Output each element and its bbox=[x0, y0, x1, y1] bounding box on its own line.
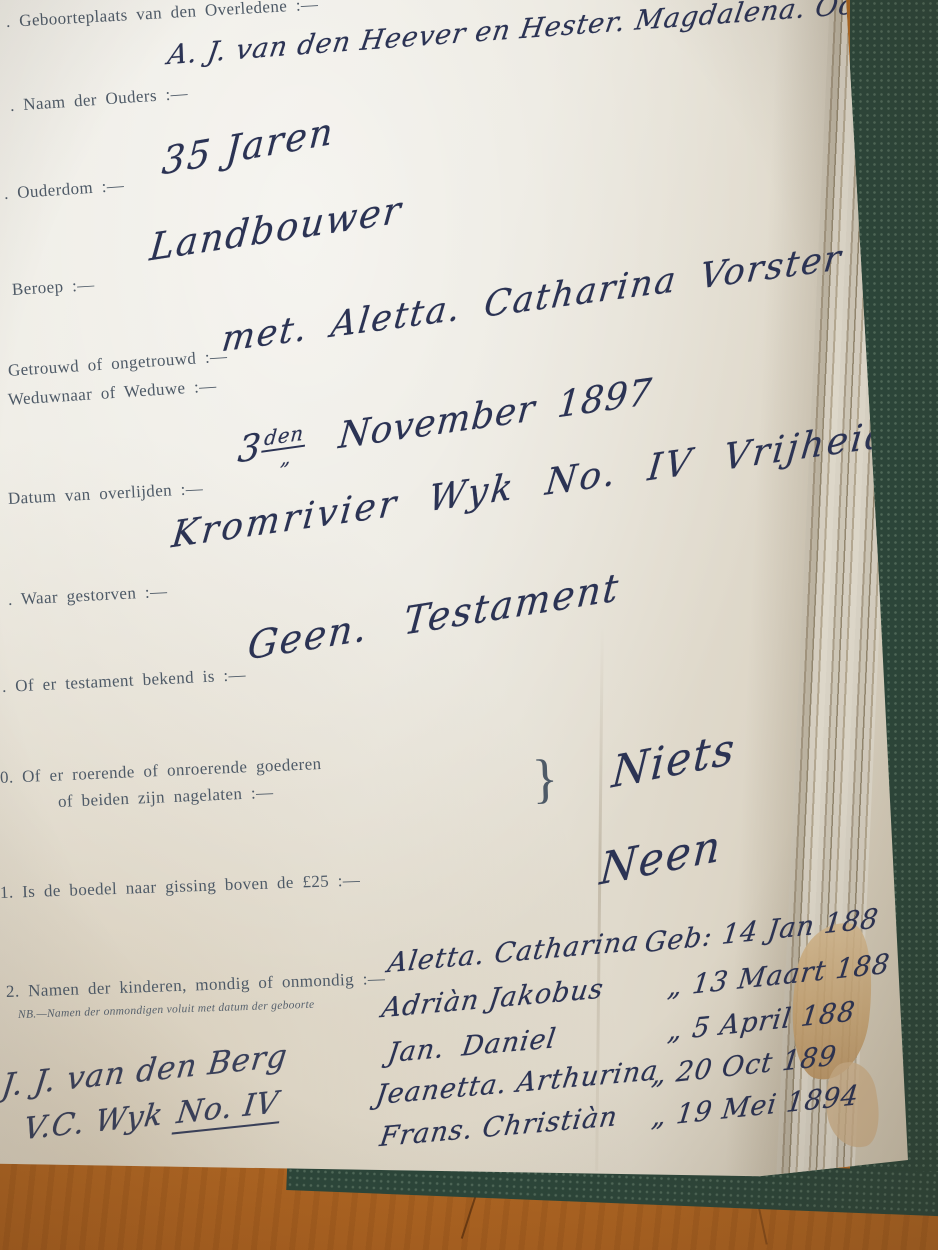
label-of-er-testament-bekend-is: . Of er testament bekend is :— bbox=[2, 665, 247, 697]
label-getrouwd-of-ongetrouwd: Getrouwd of ongetrouwd :— bbox=[7, 346, 228, 381]
curly-brace: } bbox=[531, 747, 559, 810]
entry-occupation: Landbouwer bbox=[148, 188, 405, 270]
label-geboorteplaats: . Geboorteplaats van den Overledene :— bbox=[5, 0, 318, 32]
label-boedel-boven-25-pond: 1. Is de boedel naar gissing boven de £2… bbox=[0, 870, 361, 903]
entry-testament: Geen. Testament bbox=[246, 565, 622, 669]
child-name: Jan. Daniel bbox=[386, 1023, 559, 1069]
label-waar-gestorven: . Waar gestorven :— bbox=[7, 582, 167, 610]
photo-of-death-notice-document: . Geboorteplaats van den Overledene :— .… bbox=[0, 0, 938, 1250]
entry-goods-left: Niets bbox=[610, 723, 737, 799]
label-weduwnaar-of-weduwe: Weduwnaar of Weduwe :— bbox=[7, 376, 217, 410]
date-month-year: November 1897 bbox=[337, 371, 654, 457]
note-namen-der-onmondigen: NB.—Namen der onmondigen voluit met datu… bbox=[18, 999, 315, 1021]
label-ouderdom: . Ouderdom :— bbox=[3, 176, 124, 204]
label-datum-van-overlijden: Datum van overlijden :— bbox=[7, 479, 203, 509]
signature-wyk-prefix: V.C. Wyk bbox=[22, 1096, 176, 1147]
entry-spouse: met. Aletta. Catharina Vorster bbox=[220, 238, 845, 361]
label-namen-der-kinderen: 2. Namen der kinderen, mondig of onmondi… bbox=[6, 969, 386, 1002]
date-day: 3 bbox=[236, 426, 263, 471]
child-name: Aletta. Catharina bbox=[386, 926, 642, 979]
child-name: Frans. Christiàn bbox=[378, 1101, 620, 1153]
entry-age: 35 Jaren bbox=[160, 109, 336, 184]
label-naam-der-ouders: . Naam der Ouders :— bbox=[9, 84, 188, 116]
entry-estate-above-25: Neen bbox=[598, 820, 724, 895]
label-beroep: Beroep :— bbox=[11, 275, 95, 300]
child-name: Adriàn Jakobus bbox=[380, 973, 606, 1024]
label-roerende-goederen-line1: 0. Of er roerende of onroerende goederen bbox=[0, 754, 322, 788]
signature-wyk-no: No. IV bbox=[171, 1085, 284, 1135]
document-page: . Geboorteplaats van den Overledene :— .… bbox=[0, 0, 938, 1250]
date-ditto-mark: „ bbox=[280, 445, 293, 470]
label-roerende-goederen-line2: of beiden zijn nagelaten :— bbox=[58, 783, 274, 812]
